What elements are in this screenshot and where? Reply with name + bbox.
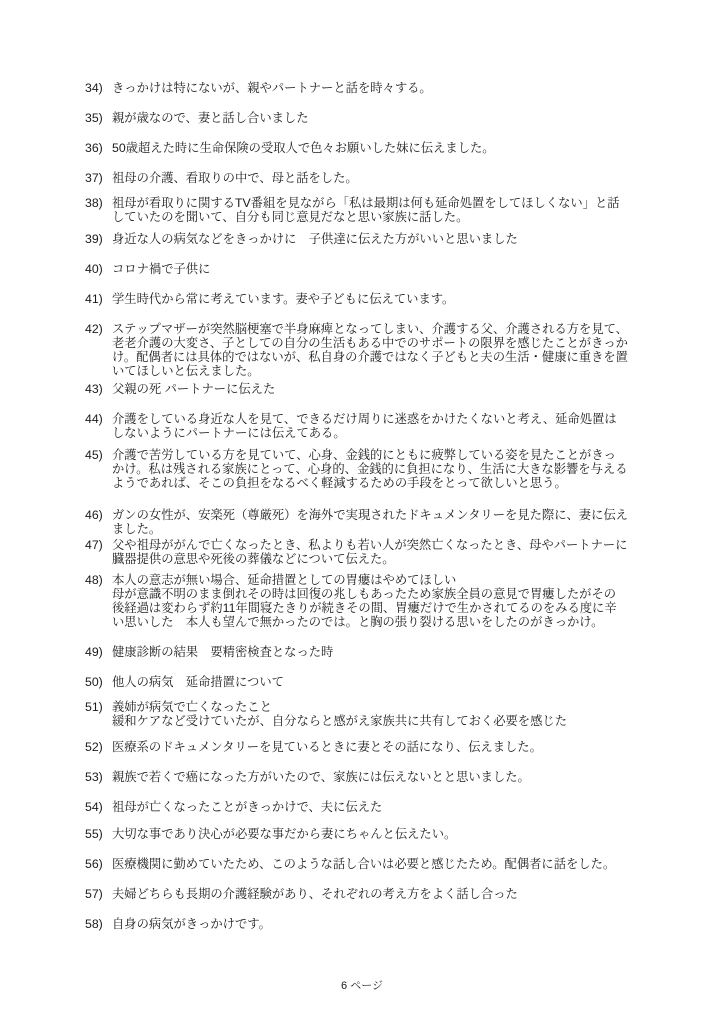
list-item: 34) きっかけは特にないが、親やパートナーと話を時々する。	[85, 81, 628, 95]
list-item: 44) 介護をしている身近な人を見て、できるだけ周りに迷惑をかけたくないと考え、…	[85, 412, 628, 440]
document-page: 34) きっかけは特にないが、親やパートナーと話を時々する。 35) 親が歳なの…	[0, 0, 724, 1024]
item-number: 35)	[85, 111, 112, 125]
list-item: 43) 父親の死 パートナーに伝えた	[85, 382, 628, 396]
item-text: 身近な人の病気などをきっかけに 子供達に伝えた方がいいと思いました	[112, 232, 628, 246]
item-number: 58)	[85, 917, 112, 931]
item-text: 親族で若くで癌になった方がいたので、家族には伝えないとと思いました。	[112, 770, 628, 784]
item-number: 34)	[85, 81, 112, 95]
item-number: 49)	[85, 645, 112, 659]
list-item: 39) 身近な人の病気などをきっかけに 子供達に伝えた方がいいと思いました	[85, 232, 628, 246]
item-text: 介護をしている身近な人を見て、できるだけ周りに迷惑をかけたくないと考え、延命処置…	[112, 412, 628, 440]
item-number: 44)	[85, 412, 112, 426]
item-number: 42)	[85, 322, 112, 336]
item-text: 父親の死 パートナーに伝えた	[112, 382, 628, 396]
item-text: 医療機関に勤めていたため、このような話し合いは必要と感じたため。配偶者に話をした…	[112, 857, 628, 871]
list-item: 56) 医療機関に勤めていたため、このような話し合いは必要と感じたため。配偶者に…	[85, 857, 628, 871]
item-text: 介護で苦労している方を見ていて、心身、金銭的にともに疲弊している姿を見たことがき…	[112, 448, 628, 490]
page-footer: 6 ページ	[0, 979, 724, 993]
item-number: 48)	[85, 573, 112, 587]
item-text: 健康診断の結果 要精密検査となった時	[112, 645, 628, 659]
list-item: 36) 50歳超えた時に生命保険の受取人で色々お願いした妹に伝えました。	[85, 141, 628, 155]
item-number: 45)	[85, 448, 112, 462]
item-number: 54)	[85, 800, 112, 814]
item-number: 51)	[85, 700, 112, 714]
item-text: 祖母が看取りに関するTV番組を見ながら「私は最期は何も延命処置をしてほしくない」…	[112, 196, 628, 224]
list-item: 37) 祖母の介護、看取りの中で、母と話をした。	[85, 171, 628, 185]
item-text: 祖母の介護、看取りの中で、母と話をした。	[112, 171, 628, 185]
item-number: 46)	[85, 508, 112, 522]
item-text: 親が歳なので、妻と話し合いました	[112, 111, 628, 125]
item-text: 自身の病気がきっかけです。	[112, 917, 628, 931]
item-number: 37)	[85, 171, 112, 185]
item-number: 55)	[85, 827, 112, 841]
item-text: 学生時代から常に考えています。妻や子どもに伝えています。	[112, 292, 628, 306]
list-item: 46) ガンの女性が、安楽死（尊厳死）を海外で実現されたドキュメンタリーを見た際…	[85, 508, 628, 536]
list-item: 49) 健康診断の結果 要精密検査となった時	[85, 645, 628, 659]
list-item: 45) 介護で苦労している方を見ていて、心身、金銭的にともに疲弊している姿を見た…	[85, 448, 628, 490]
item-text: 本人の意志が無い場合、延命措置としての胃瘻はやめてほしい 母が意識不明のまま倒れ…	[112, 573, 628, 629]
item-number: 52)	[85, 740, 112, 754]
page-number: 6 ページ	[341, 980, 383, 992]
list-item: 55) 大切な事であり決心が必要な事だから妻にちゃんと伝えたい。	[85, 827, 628, 841]
list-item: 42) ステップマザーが突然脳梗塞で半身麻痺となってしまい、介護する父、介護され…	[85, 322, 628, 378]
item-number: 57)	[85, 887, 112, 901]
item-text: 祖母が亡くなったことがきっかけで、夫に伝えた	[112, 800, 628, 814]
item-text: 夫婦どちらも長期の介護経験があり、それぞれの考え方をよく話し合った	[112, 887, 628, 901]
item-text: 他人の病気 延命措置について	[112, 675, 628, 689]
list-item: 38) 祖母が看取りに関するTV番組を見ながら「私は最期は何も延命処置をしてほし…	[85, 196, 628, 224]
list-item: 52) 医療系のドキュメンタリーを見ているときに妻とその話になり、伝えました。	[85, 740, 628, 754]
list-item: 58) 自身の病気がきっかけです。	[85, 917, 628, 931]
item-number: 36)	[85, 141, 112, 155]
item-number: 56)	[85, 857, 112, 871]
item-number: 41)	[85, 292, 112, 306]
list-item: 48) 本人の意志が無い場合、延命措置としての胃瘻はやめてほしい 母が意識不明の…	[85, 573, 628, 629]
list-item: 41) 学生時代から常に考えています。妻や子どもに伝えています。	[85, 292, 628, 306]
list-item: 35) 親が歳なので、妻と話し合いました	[85, 111, 628, 125]
item-text: きっかけは特にないが、親やパートナーと話を時々する。	[112, 81, 628, 95]
list-item: 54) 祖母が亡くなったことがきっかけで、夫に伝えた	[85, 800, 628, 814]
item-number: 47)	[85, 538, 112, 552]
item-number: 40)	[85, 262, 112, 276]
item-number: 50)	[85, 675, 112, 689]
item-number: 53)	[85, 770, 112, 784]
item-text: 義姉が病気で亡くなったこと 緩和ケアなど受けていたが、自分ならと感がえ家族共に共…	[112, 700, 628, 728]
item-text: コロナ禍で子供に	[112, 262, 628, 276]
numbered-answer-list: 34) きっかけは特にないが、親やパートナーと話を時々する。 35) 親が歳なの…	[85, 81, 628, 931]
item-text: ガンの女性が、安楽死（尊厳死）を海外で実現されたドキュメンタリーを見た際に、妻に…	[112, 508, 628, 536]
item-text: 大切な事であり決心が必要な事だから妻にちゃんと伝えたい。	[112, 827, 628, 841]
list-item: 47) 父や祖母ががんで亡くなったとき、私よりも若い人が突然亡くなったとき、母や…	[85, 538, 628, 566]
list-item: 40) コロナ禍で子供に	[85, 262, 628, 276]
item-text: 父や祖母ががんで亡くなったとき、私よりも若い人が突然亡くなったとき、母やパートナ…	[112, 538, 628, 566]
list-item: 51) 義姉が病気で亡くなったこと 緩和ケアなど受けていたが、自分ならと感がえ家…	[85, 700, 628, 728]
list-item: 53) 親族で若くで癌になった方がいたので、家族には伝えないとと思いました。	[85, 770, 628, 784]
item-number: 43)	[85, 382, 112, 396]
item-text: 50歳超えた時に生命保険の受取人で色々お願いした妹に伝えました。	[112, 141, 628, 155]
item-number: 38)	[85, 196, 112, 210]
item-text: 医療系のドキュメンタリーを見ているときに妻とその話になり、伝えました。	[112, 740, 628, 754]
item-number: 39)	[85, 232, 112, 246]
item-text: ステップマザーが突然脳梗塞で半身麻痺となってしまい、介護する父、介護される方を見…	[112, 322, 628, 378]
list-item: 57) 夫婦どちらも長期の介護経験があり、それぞれの考え方をよく話し合った	[85, 887, 628, 901]
list-item: 50) 他人の病気 延命措置について	[85, 675, 628, 689]
